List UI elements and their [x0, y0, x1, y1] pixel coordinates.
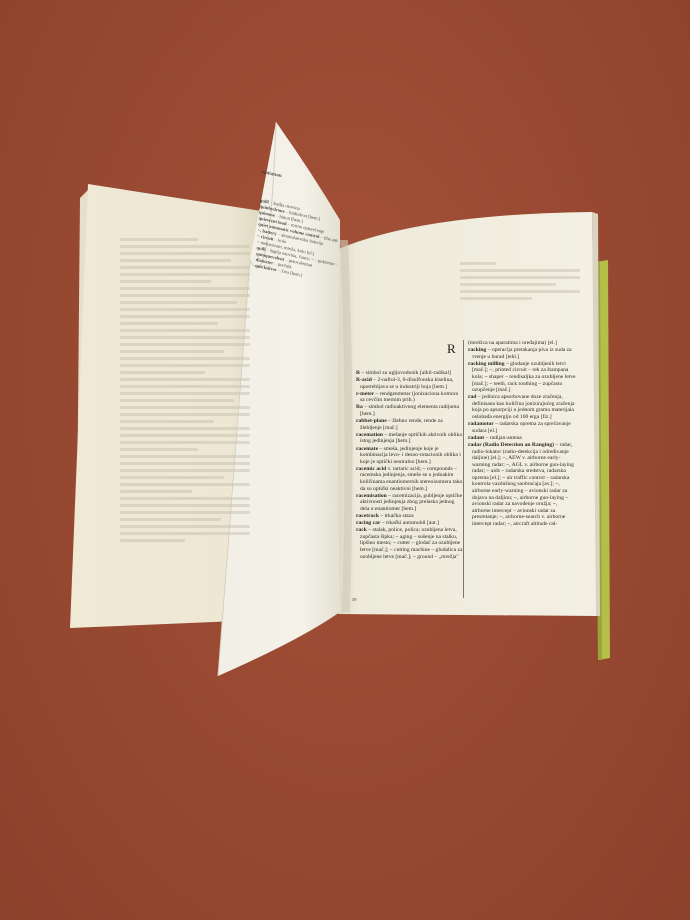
dictionary-entry: racking milling – glodanje ozubljenih le…	[468, 361, 576, 394]
section-letter-heading: R	[447, 341, 456, 357]
right-page-blurred-top-text	[460, 262, 580, 304]
dictionary-entry: (mrežica na aparatima i uređajima) [el.]	[468, 340, 576, 347]
dictionary-entry: rack – stalak, police, polica; ozubljena…	[356, 527, 464, 560]
dictionary-entry: racemic acid v. tartaric acid; ~ compoun…	[356, 466, 464, 492]
dictionary-entry: radant – radijan-antena	[468, 435, 576, 442]
dictionary-entry: racetrack – trkačka staza	[356, 513, 464, 520]
dictionary-entry: rabbet-plane – žlebno rende, rende za žl…	[356, 418, 464, 431]
dictionary-entry: radar (Radio Detection an Ranging) – rad…	[468, 442, 576, 528]
dictionary-entry: rad – jedinica apsorbovane doze zračenja…	[468, 394, 576, 420]
dictionary-entry: racemate – smeša, jedinjenje koje je kom…	[356, 446, 464, 466]
dictionary-entry: R – simbol za ugljovodonik [alkil-radika…	[356, 370, 464, 377]
dictionary-entry: R-acid – 2-naftol-3, 6-disulfonska kisel…	[356, 377, 464, 390]
page-number: 39	[352, 597, 357, 602]
dictionary-entry: racking – operacija pretakanja piva iz s…	[468, 347, 576, 360]
left-page-blurred-text	[120, 238, 250, 546]
dictionary-entry: racemisation – racemizacija, gubljenje o…	[356, 493, 464, 513]
right-page-text: R – simbol za ugljovodonik [alkil-radika…	[352, 370, 590, 610]
dictionary-column-right: (mrežica na aparatima i uređajima) [el.]…	[468, 340, 576, 528]
dictionary-entry: racemation – mešanje optičkih aktivnih o…	[356, 432, 464, 445]
dictionary-entry: Ra – simbol radioaktivnog elementa radij…	[356, 404, 464, 417]
photo-scene: radiation quill – šuplja osovina quinhyd…	[0, 0, 690, 920]
dictionary-entry: r-meter – rendgenmetar (jonizaciona komo…	[356, 391, 464, 404]
dictionary-entry: racing car – trkački automobil [aut.]	[356, 520, 464, 527]
dictionary-column-left: R – simbol za ugljovodonik [alkil-radika…	[356, 370, 464, 561]
dictionary-entry: radamotor – radarska oprema za sprečavan…	[468, 421, 576, 434]
